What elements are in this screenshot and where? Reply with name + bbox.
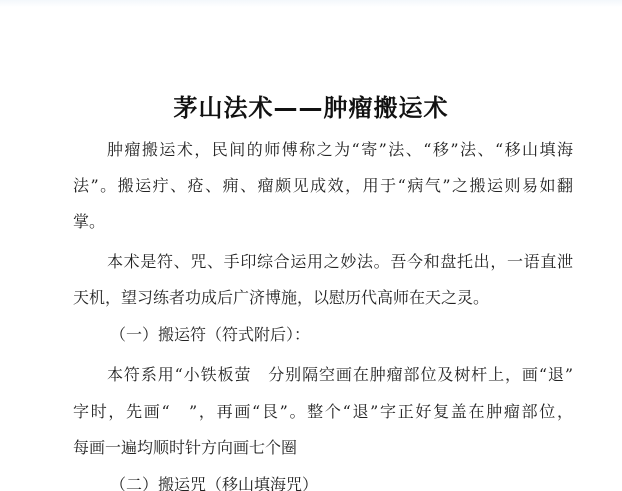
paragraph-1-line-2: 法”。搬运疔、疮、痈、瘤颇见成效，用于“病气”之搬运则易如翻 xyxy=(73,175,573,197)
paragraph-2-line-2: 天机，望习练者功成后广济博施，以慰历代高师在天之灵。 xyxy=(73,287,489,309)
top-shadow-band xyxy=(0,0,622,7)
paragraph-3-line-2: 字时，先画“ ”，再画“艮”。整个“退”字正好复盖在肿瘤部位， xyxy=(73,401,573,423)
paragraph-1-line-1: 肿瘤搬运术，民间的师傅称之为“寄”法、“移”法、“移山填海 xyxy=(107,139,573,161)
section-heading-1: （一）搬运符（符式附后）： xyxy=(110,324,310,346)
paragraph-3-line-1: 本符系用“小铁板萤 分别隔空画在肿瘤部位及树杆上，画“退” xyxy=(107,364,573,386)
section-heading-2: （二）搬运咒（移山填海咒） xyxy=(110,474,318,491)
paragraph-1-line-3: 掌。 xyxy=(73,211,105,233)
paragraph-2-line-1: 本术是符、咒、手印综合运用之妙法。吾今和盘托出，一语直泄 xyxy=(107,251,573,273)
document-title: 茅山法术——肿瘤搬运术 xyxy=(0,92,622,124)
paragraph-3-line-3: 每画一遍均顺时针方向画七个圈 xyxy=(73,437,297,459)
